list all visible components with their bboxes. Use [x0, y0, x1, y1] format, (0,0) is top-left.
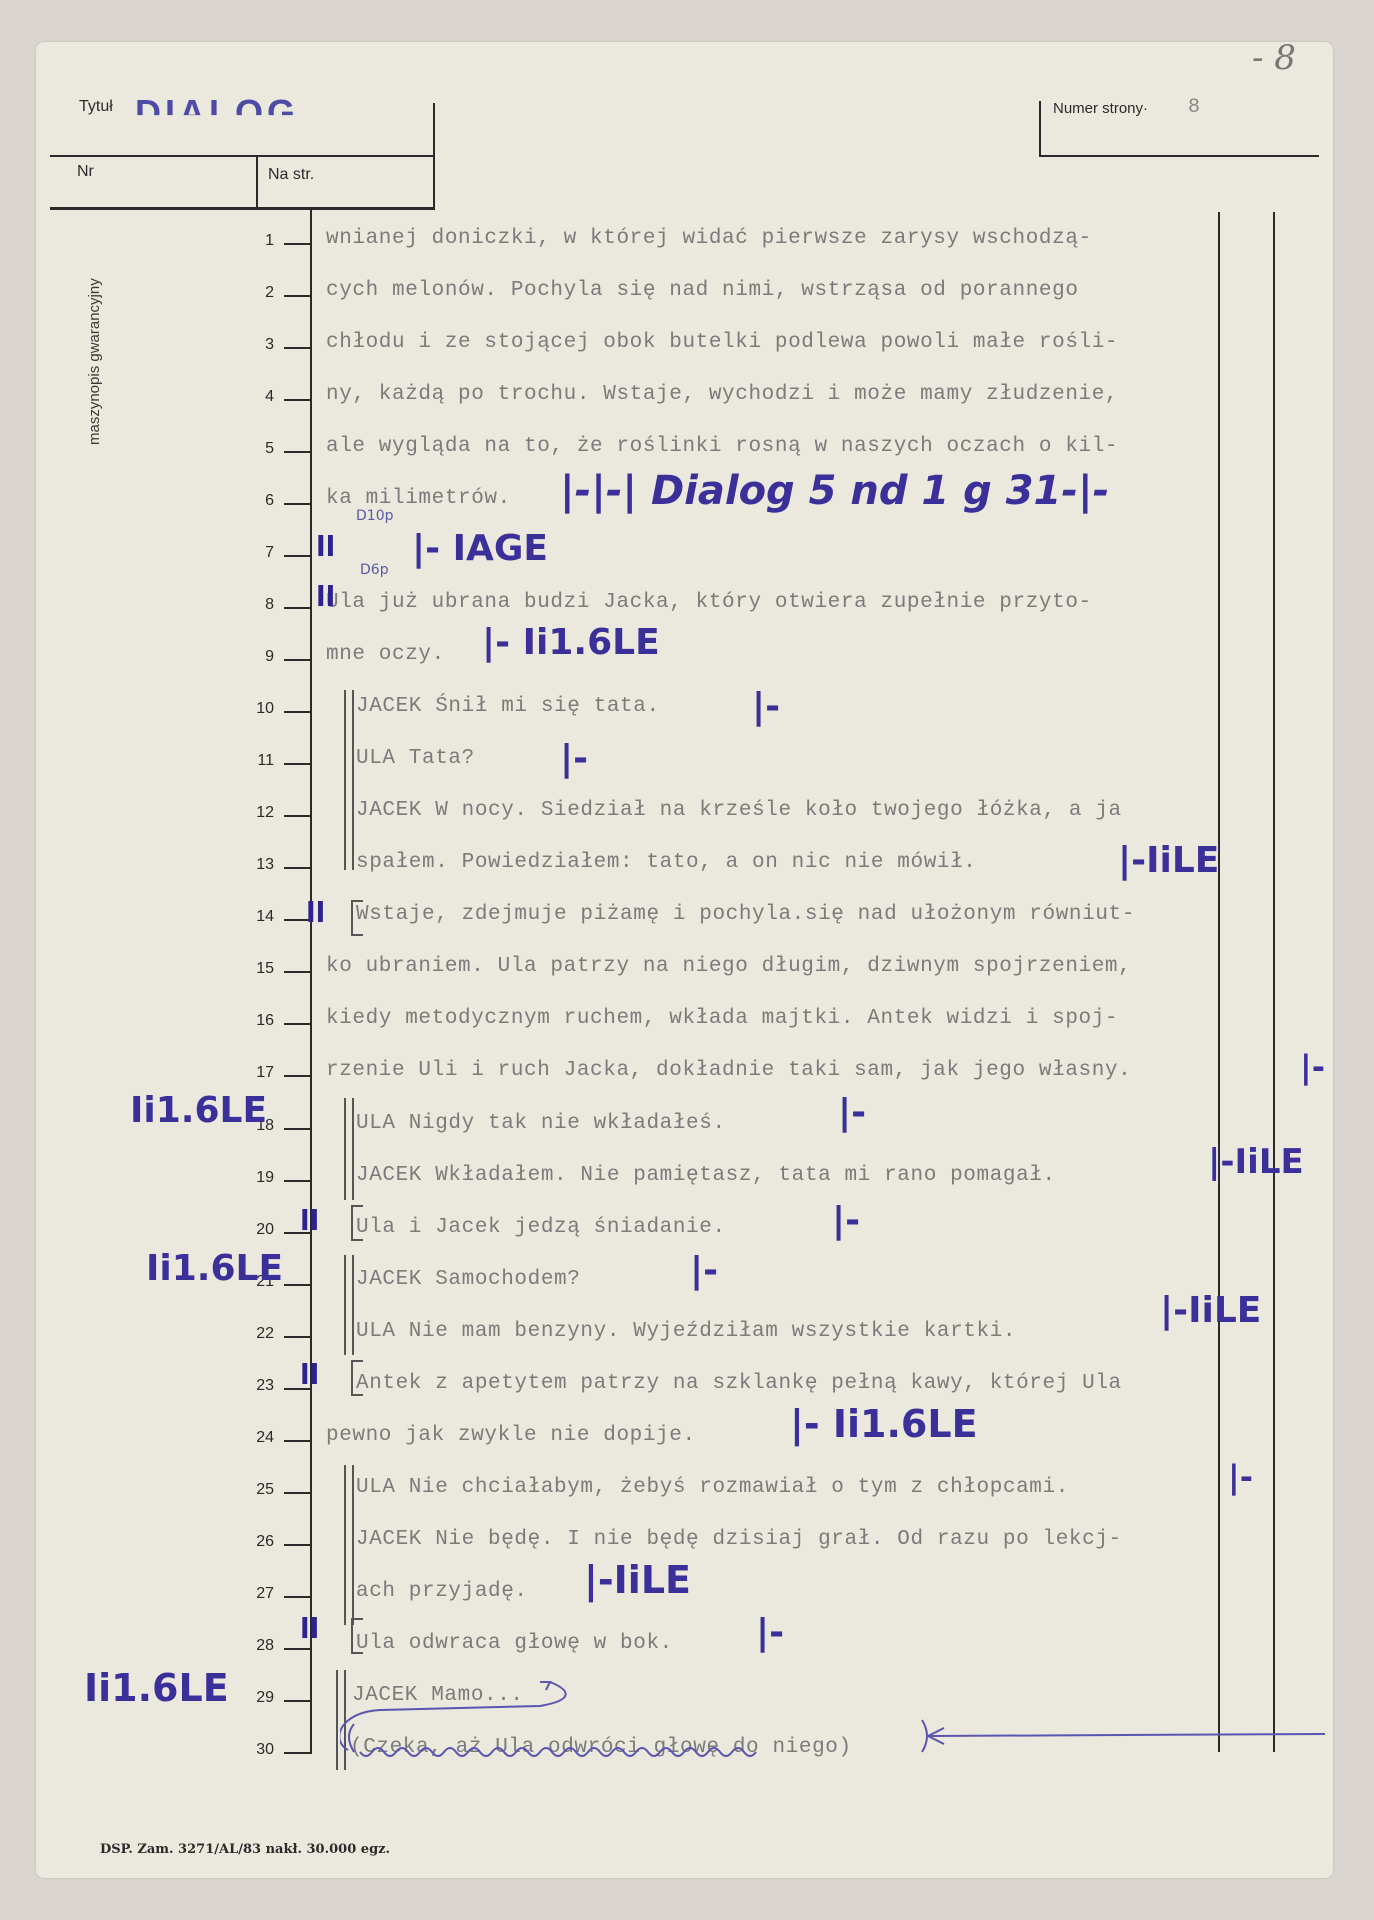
line-number: 17 [240, 1064, 274, 1082]
scene-bracket-28 [351, 1618, 363, 1654]
line-tick [284, 1128, 310, 1130]
annotation-line27: |-IiLE [584, 1558, 691, 1602]
line-number: 27 [240, 1585, 274, 1603]
line-tick [284, 1492, 310, 1494]
line-number: 9 [240, 648, 274, 666]
annotation-line13: |-IiLE [1118, 840, 1219, 881]
typed-line: rzenie Uli i ruch Jacka, dokładnie taki … [326, 1059, 1131, 1082]
annotation-line19: |-IiLE [1208, 1142, 1304, 1182]
typed-line: ULA Nie chciałabym, żebyś rozmawiał o ty… [356, 1476, 1069, 1499]
typed-line: chłodu i ze stojącej obok butelki podlew… [326, 331, 1118, 354]
header-box-bottom-line [50, 207, 435, 210]
line-number: 5 [240, 440, 274, 458]
page-number-box-bottom [1039, 155, 1319, 157]
scene-bracket-14 [351, 900, 363, 936]
line-number: 13 [240, 856, 274, 874]
typed-line: cych melonów. Pochyla się nad nimi, wstr… [326, 279, 1079, 302]
annotation-line11: |- [560, 738, 588, 779]
typed-line: mne oczy. [326, 643, 445, 666]
line-number: 16 [240, 1012, 274, 1030]
annotation-line18: |- [838, 1092, 866, 1133]
line-tick [284, 815, 310, 817]
scene-bracket-20 [351, 1205, 363, 1241]
paragraph-mark-23: ll [300, 1358, 319, 1391]
typed-line: ny, każdą po trochu. Wstaje, wychodzi i … [326, 383, 1118, 406]
line-tick [284, 763, 310, 765]
line-number: 4 [240, 388, 274, 406]
line-tick [284, 399, 310, 401]
typed-line: ULA Nigdy tak nie wkładałeś. [356, 1112, 726, 1135]
annotation-line20: |- [832, 1200, 860, 1241]
annotation-line7-small-top: D10p [356, 508, 393, 524]
annotation-line17: |- [1300, 1048, 1325, 1086]
paragraph-mark-7: ll [316, 530, 335, 563]
line-tick [284, 607, 310, 609]
dialogue-bar-10-13 [344, 690, 354, 870]
annotation-line18-left: Ii1.6LE [130, 1090, 267, 1131]
annotation-line29-left: Ii1.6LE [84, 1666, 229, 1710]
line-tick [284, 295, 310, 297]
typed-line: Ula i Jacek jedzą śniadanie. [356, 1216, 726, 1239]
page-number-handwritten: - 8 [1252, 38, 1296, 78]
annotation-line21-left: Ii1.6LE [146, 1248, 283, 1289]
typed-line: ach przyjadę. [356, 1580, 528, 1603]
line-number: 26 [240, 1533, 274, 1551]
typed-line: Ula już ubrana budzi Jacka, który otwier… [326, 591, 1092, 614]
typed-line: ale wygląda na to, że roślinki rosną w n… [326, 435, 1118, 458]
paragraph-mark-8: ll [316, 580, 335, 613]
line-number: 10 [240, 700, 274, 718]
line-number: 11 [240, 752, 274, 770]
annotation-line25: |- [1228, 1458, 1253, 1496]
paragraph-mark-20: ll [300, 1204, 319, 1237]
line-tick [284, 1648, 310, 1650]
typed-line: wnianej doniczki, w której widać pierwsz… [326, 227, 1092, 250]
line-number: 3 [240, 336, 274, 354]
nr-label: Nr [77, 163, 94, 181]
line-tick [284, 711, 310, 713]
page-number-typed: 8 [1188, 96, 1200, 119]
annotation-line6: |-|-| Dialog 5 nd 1 g 31-|- [560, 468, 1109, 514]
na-str-label: Na str. [268, 166, 314, 184]
typed-line: JACEK W nocy. Siedział na krześle koło t… [356, 799, 1122, 822]
typed-line: ka milimetrów. [326, 487, 511, 510]
right-margin-line-1 [1218, 212, 1220, 1752]
line-number: 1 [240, 232, 274, 250]
left-margin-line [310, 208, 312, 1754]
line-number: 15 [240, 960, 274, 978]
line-number: 28 [240, 1637, 274, 1655]
annotation-line21: |- [690, 1250, 718, 1291]
typed-line: JACEK Samochodem? [356, 1268, 580, 1291]
typed-line: Ula odwraca głowę w bok. [356, 1632, 673, 1655]
dialogue-bar-21-22 [344, 1255, 354, 1355]
print-footer: DSP. Zam. 3271/AL/83 nakł. 30.000 egz. [100, 1842, 390, 1857]
line-number: 24 [240, 1429, 274, 1447]
line-number: 2 [240, 284, 274, 302]
line-tick [284, 347, 310, 349]
line-tick [284, 1180, 310, 1182]
line-tick [284, 1752, 310, 1754]
typed-line: ko ubraniem. Ula patrzy na niego długim,… [326, 955, 1131, 978]
line-tick [284, 1284, 310, 1286]
header-box-mid-line [50, 155, 435, 157]
line-tick [284, 1440, 310, 1442]
line-tick [284, 243, 310, 245]
annotation-line22: |-IiLE [1160, 1290, 1261, 1331]
line-tick [284, 1596, 310, 1598]
line-number: 12 [240, 804, 274, 822]
annotation-line9: |- Ii1.6LE [482, 622, 660, 663]
typed-line: Wstaje, zdejmuje piżamę i pochyla.się na… [356, 903, 1135, 926]
line-tick [284, 971, 310, 973]
typed-line: Antek z apetytem patrzy na szklankę pełn… [356, 1372, 1122, 1395]
line-tick [284, 659, 310, 661]
annotation-line7: |- IAGE [412, 528, 548, 569]
typed-line: spałem. Powiedziałem: tato, a on nic nie… [356, 851, 977, 874]
typed-line: JACEK Wkładałem. Nie pamiętasz, tata mi … [356, 1164, 1056, 1187]
annotation-line28: |- [756, 1612, 784, 1653]
line-number: 30 [240, 1741, 274, 1759]
typed-line: ULA Nie mam benzyny. Wyjeździłam wszystk… [356, 1320, 1016, 1343]
line-tick [284, 867, 310, 869]
line-number: 19 [240, 1169, 274, 1187]
line-tick [284, 503, 310, 505]
line-number: 8 [240, 596, 274, 614]
right-margin-line-2 [1273, 212, 1275, 1752]
line-tick [284, 1336, 310, 1338]
paragraph-mark-14: ll [306, 896, 325, 929]
nr-divider [256, 156, 258, 208]
line-tick [284, 1023, 310, 1025]
line-tick [284, 451, 310, 453]
paragraph-mark-28: ll [300, 1612, 319, 1645]
annotation-line24: |- Ii1.6LE [790, 1402, 978, 1446]
line-tick [284, 1075, 310, 1077]
typed-line: JACEK Śnił mi się tata. [356, 695, 660, 718]
line-tick [284, 1544, 310, 1546]
dialogue-bar-25-27 [344, 1465, 354, 1625]
wavy-underline-and-arrow-icon [340, 1680, 1340, 1770]
annotation-line10: |- [752, 686, 780, 727]
typed-line: JACEK Nie będę. I nie będę dzisiaj grał.… [356, 1528, 1122, 1551]
line-number: 7 [240, 544, 274, 562]
typed-line: kiedy metodycznym ruchem, wkłada majtki.… [326, 1007, 1118, 1030]
page-number-box-left [1039, 101, 1041, 157]
title-label: Tytuł [79, 98, 113, 116]
line-number: 22 [240, 1325, 274, 1343]
dialogue-bar-18-19 [344, 1098, 354, 1200]
side-label: maszynopis gwarancyjny [86, 278, 103, 445]
line-number: 20 [240, 1221, 274, 1239]
scene-bracket-23 [351, 1360, 363, 1396]
typed-line: ULA Tata? [356, 747, 475, 770]
line-number: 6 [240, 492, 274, 510]
line-number: 25 [240, 1481, 274, 1499]
line-number: 29 [240, 1689, 274, 1707]
line-number: 23 [240, 1377, 274, 1395]
page-number-label: Numer strony· [1053, 100, 1148, 117]
annotation-line7-small-bottom: D6p [360, 562, 389, 578]
line-tick [284, 1700, 310, 1702]
line-tick [284, 555, 310, 557]
typed-line: pewno jak zwykle nie dopije. [326, 1424, 696, 1447]
line-number: 14 [240, 908, 274, 926]
